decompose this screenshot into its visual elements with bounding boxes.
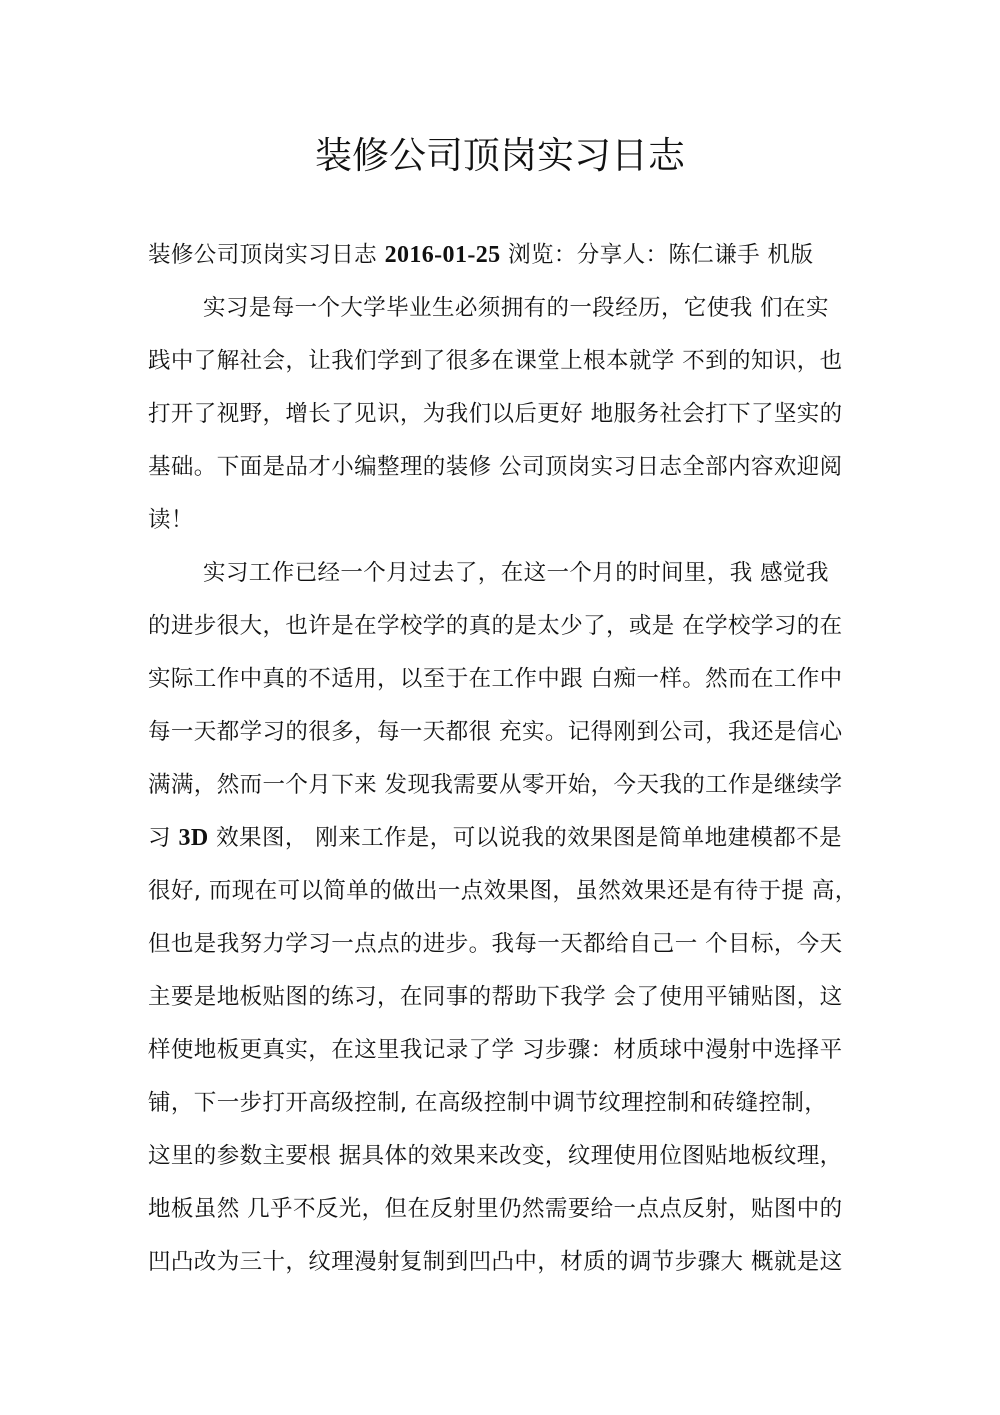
meta-suffix: 浏览：分享人：陈仁谦手 机版 <box>501 242 814 268</box>
document-page: 装修公司顶岗实习日志 装修公司顶岗实习日志 2016-01-25 浏览：分享人：… <box>0 0 1000 1415</box>
paragraph-line: 实习是每一个大学毕业生必须拥有的一段经历，它使我 们在实 <box>203 293 829 323</box>
publish-date: 2016-01-25 <box>385 242 501 268</box>
paragraph-line: 主要是地板贴图的练习，在同事的帮助下我学 会了使用平铺贴图，这 <box>148 982 843 1012</box>
meta-line: 装修公司顶岗实习日志 2016-01-25 浏览：分享人：陈仁谦手 机版 <box>148 240 813 270</box>
paragraph-line: 践中了解社会，让我们学到了很多在课堂上根本就学 不到的知识，也 <box>148 346 843 376</box>
paragraph-line: 满满，然而一个月下来 发现我需要从零开始，今天我的工作是继续学 <box>148 770 843 800</box>
paragraph-line: 铺，下一步打开高级控制, 在高级控制中调节纹理控制和砖缝控制， <box>148 1088 827 1118</box>
paragraph-line: 这里的参数主要根 据具体的效果来改变，纹理使用位图贴地板纹理， <box>148 1141 843 1171</box>
paragraph-line: 实习工作已经一个月过去了，在这一个月的时间里，我 感觉我 <box>203 558 829 588</box>
paragraph-line: 实际工作中真的不适用，以至于在工作中跟 白痴一样。然而在工作中 <box>148 664 843 694</box>
paragraph-line: 但也是我努力学习一点点的进步。我每一天都给自己一 个目标，今天 <box>148 929 843 959</box>
line-3d-bold: 3D <box>178 825 208 851</box>
paragraph-line: 样使地板更真实，在这里我记录了学 习步骤：材质球中漫射中选择平 <box>148 1035 843 1065</box>
paragraph-line: 基础。下面是品才小编整理的装修 公司顶岗实习日志全部内容欢迎阅 <box>148 452 843 482</box>
paragraph-line: 读！ <box>148 505 194 535</box>
paragraph-line: 凹凸改为三十，纹理漫射复制到凹凸中，材质的调节步骤大 概就是这 <box>148 1247 843 1277</box>
meta-prefix: 装修公司顶岗实习日志 <box>148 242 385 268</box>
line-3d-after: 效果图， 刚来工作是，可以说我的效果图是简单地建模都不是 <box>209 825 842 851</box>
paragraph-line: 每一天都学习的很多，每一天都很 充实。记得刚到公司，我还是信心 <box>148 717 843 747</box>
paragraph-line: 的进步很大，也许是在学校学的真的是太少了，或是 在学校学习的在 <box>148 611 843 641</box>
line-3d-before: 习 <box>148 825 178 851</box>
paragraph-line: 很好, 而现在可以简单的做出一点效果图，虽然效果还是有待于提 高， <box>148 876 858 906</box>
paragraph-line: 打开了视野，增长了见识，为我们以后更好 地服务社会打下了坚实的 <box>148 399 843 429</box>
paragraph-line-3d: 习 3D 效果图， 刚来工作是，可以说我的效果图是简单地建模都不是 <box>148 823 842 853</box>
paragraph-line: 地板虽然 几乎不反光，但在反射里仍然需要给一点点反射，贴图中的 <box>148 1194 843 1224</box>
document-title: 装修公司顶岗实习日志 <box>0 128 1000 184</box>
